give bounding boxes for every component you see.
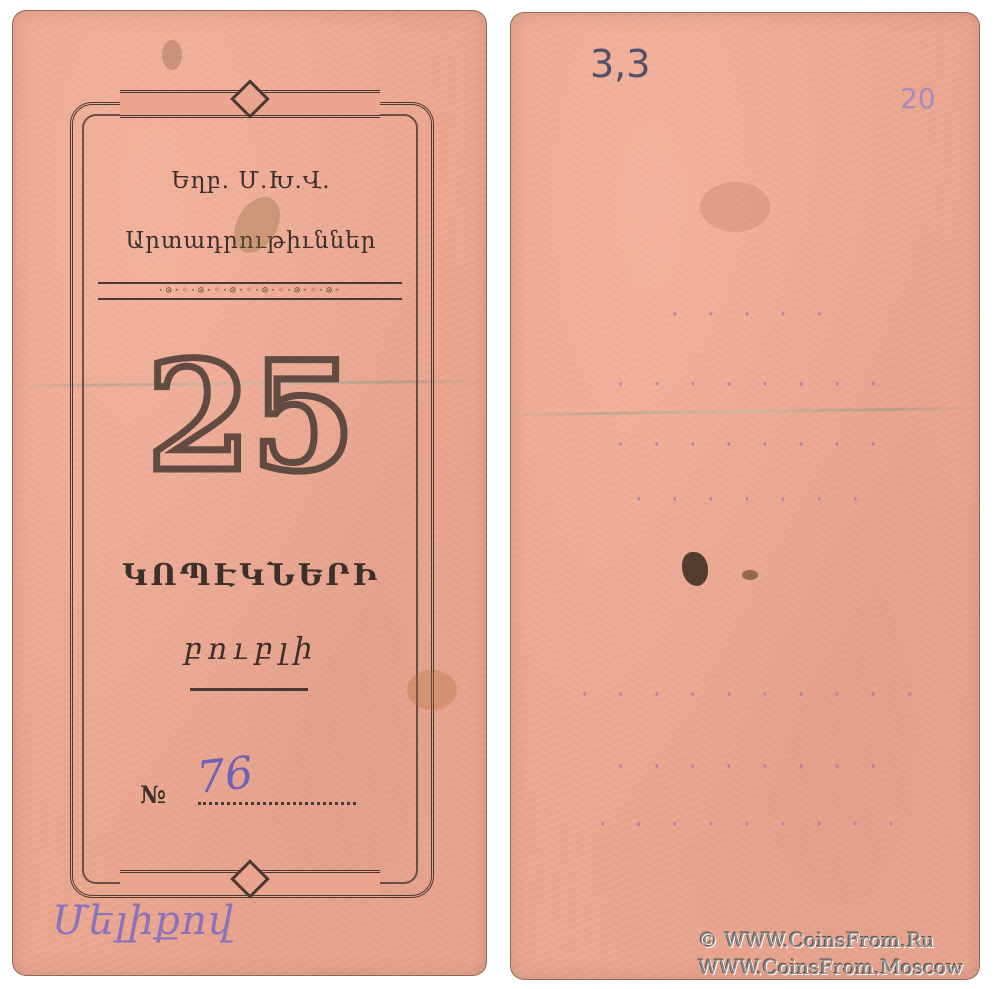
denomination-value: 25	[92, 332, 410, 502]
violet-number: 20	[900, 82, 936, 115]
underline-rule	[190, 688, 308, 691]
ornamental-divider: ·⊙·◦·⊙·◦·⊙·◦·⊙·◦·⊙·◦·⊙·	[98, 282, 402, 300]
stain	[407, 670, 457, 710]
handwritten-signature: Մելիքով	[52, 898, 234, 944]
serial-number-label: №	[140, 780, 166, 809]
faded-stamp-line: · · · · · · · · · ·	[540, 682, 960, 706]
ink-blot	[742, 570, 758, 580]
faded-stamp-line: · · · · ·	[540, 302, 960, 326]
frame-ornament-top	[120, 90, 380, 118]
fold-crease	[510, 407, 980, 417]
serial-number-dotted-line	[198, 802, 356, 805]
frame-ornament-bottom	[120, 870, 380, 898]
denomination-unit: ԿՈՊԷԿՆԵՐԻ	[92, 558, 410, 593]
ink-blot	[682, 552, 708, 586]
stain	[700, 182, 770, 232]
watermark-line2: WWW.CoinsFrom.Moscow	[698, 955, 963, 979]
serial-number-handwritten: 76	[194, 747, 255, 804]
stain	[162, 40, 182, 70]
faded-stamp-line: · · · · · · · · ·	[540, 812, 960, 836]
faded-stamp-line: · · · · · · · ·	[540, 372, 960, 396]
faded-stamp-line: · · · · · · ·	[540, 487, 960, 511]
pencil-notation: 3,3	[590, 42, 650, 86]
faded-stamp-line: · · · · · · · ·	[540, 754, 960, 778]
banknote-front: Եղբ. Մ.Խ.Վ. Արտադրութիւններ ·⊙·◦·⊙·◦·⊙·◦…	[12, 10, 487, 976]
denomination-unit-script: բուբլի	[92, 632, 410, 667]
banknote-back: 3,3 20 · · · · · · · · · · · · · · · · ·…	[510, 12, 980, 980]
faded-stamp-line: · · · · · · · ·	[540, 432, 960, 456]
watermark-line1: © WWW.CoinsFrom.Ru	[698, 928, 935, 952]
issuer-name-line1: Եղբ. Մ.Խ.Վ.	[92, 168, 410, 194]
ribbon-knot-icon	[230, 79, 270, 119]
